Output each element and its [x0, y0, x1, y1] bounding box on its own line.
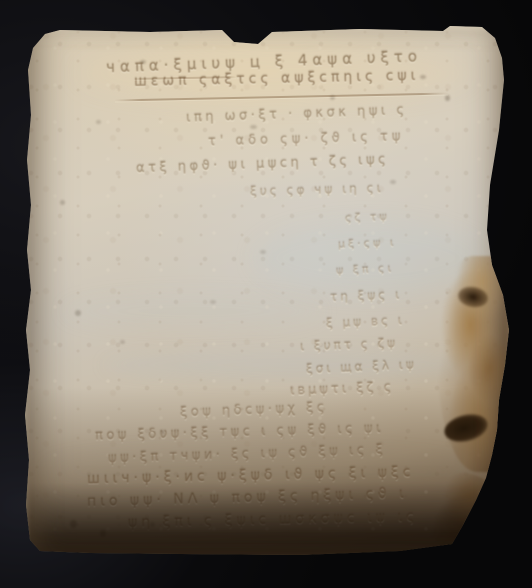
- edge-lighting-shade: [24, 25, 512, 557]
- photo-of-stone-tablet: Inscribed stone tablet чαπα·ξμιυψ ц ξ 4α…: [0, 0, 532, 588]
- stone-tablet: чαπα·ξμιυψ ц ξ 4αψα υξτοшεωπ ςαξτcς αψξc…: [24, 25, 512, 557]
